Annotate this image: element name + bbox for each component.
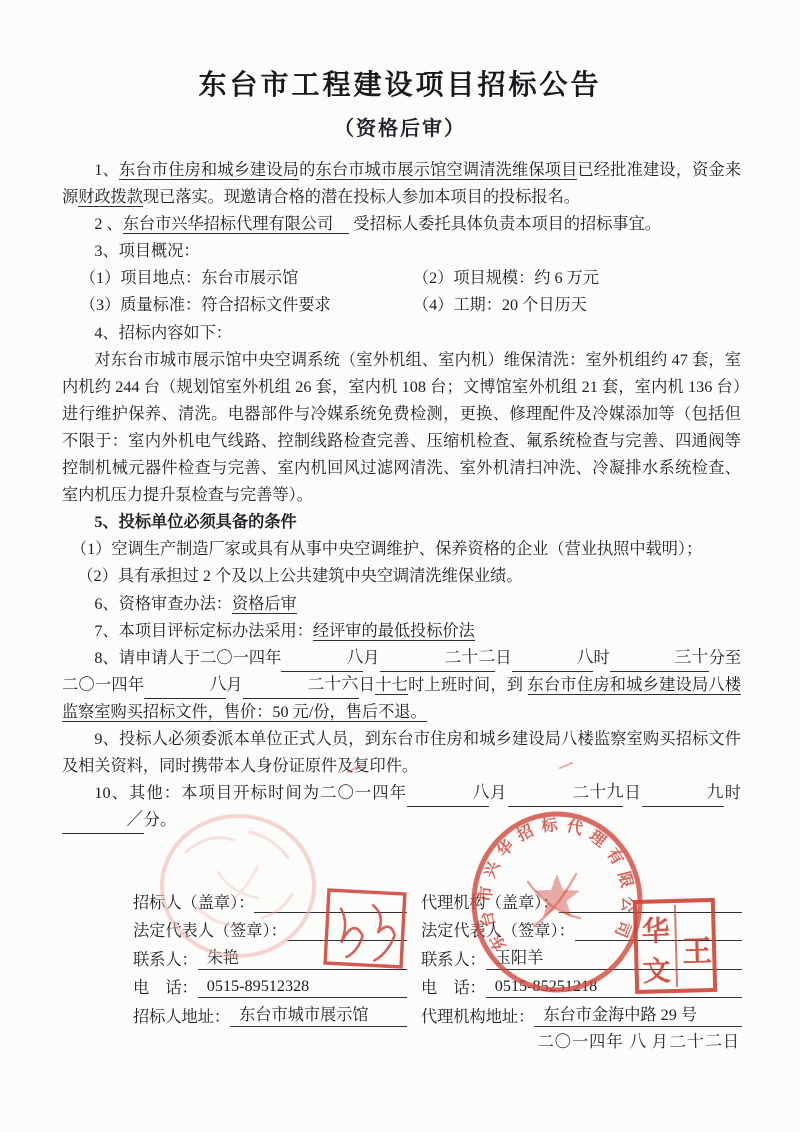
scanned-document: 东台市工程建设项目招标公告 （资格后审） 1、东台市住房和城乡建设局的东台市城市… xyxy=(0,0,800,1132)
text-segment: 月 xyxy=(363,649,379,667)
text-segment: 日 xyxy=(623,784,642,802)
paragraph: （1）项目地点：东台市展示馆（2）项目规模：约 6 万元 xyxy=(62,265,741,292)
signature-row: 招标人地址：东台市城市展示馆 xyxy=(133,998,407,1027)
signature-row: 电 话：0515-89512328 xyxy=(133,970,407,999)
signature-row: 代理机构地址：东台市金海中路 29 号 xyxy=(421,998,742,1027)
fill-in-blank: ／ xyxy=(62,808,144,834)
signature-value xyxy=(559,911,742,913)
signature-label: 电 话： xyxy=(421,974,486,998)
handwritten-text: 二十二 xyxy=(668,1026,723,1053)
handwritten-text: 二十二 xyxy=(411,644,495,672)
signature-label: 法定代表人（签章）： xyxy=(133,917,287,941)
text-segment: 资格后审 xyxy=(232,595,297,614)
signature-label: 代理机构地址： xyxy=(421,1003,534,1027)
text-segment: 二〇一四年 xyxy=(538,1033,629,1051)
handwritten-text: 九 xyxy=(674,780,724,807)
handwritten-text: ／ xyxy=(94,807,144,834)
text-segment: 日 xyxy=(495,649,511,667)
text-segment: 时上班时间，到 xyxy=(408,676,527,694)
signature-row: 法定代表人（签章）： xyxy=(133,913,407,942)
fill-in-blank: 八 xyxy=(512,646,594,672)
signature-value: 玉阳羊 xyxy=(486,944,742,970)
fill-in-blank: 二十二 xyxy=(380,646,496,672)
signature-value xyxy=(287,939,407,941)
fill-in-blank: 二十六 xyxy=(243,673,359,699)
signature-row: 联系人：玉阳羊 xyxy=(421,941,742,970)
text-segment: （3）质量标准：符合招标文件要求 xyxy=(71,292,413,319)
paragraph: 2 、东台市兴华招标代理有限公司 受招标人委托具体负责本项目的招标事宜。 xyxy=(62,211,741,238)
text-segment: 东台市兴华招标代理有限公司 xyxy=(123,215,350,234)
signature-label: 联系人： xyxy=(421,946,486,970)
paragraph: 5、投标单位必须具备的条件 xyxy=(62,509,741,536)
signature-row: 招标人（盖章）： xyxy=(133,884,407,913)
signature-value: 朱艳 xyxy=(198,944,407,970)
paragraph: 10、其他：本项目开标时间为二〇一四年八月二十九日九时／分。 xyxy=(62,780,741,834)
text-segment: 经评审的最低投标价法 xyxy=(313,622,475,641)
text-segment: 9、投标人必须委派本单位正式人员，到东台市住房和城乡建设局八楼监察室购买招标文件… xyxy=(62,730,741,775)
signature-row: 电 话：0515-85251218 xyxy=(421,970,742,999)
signature-col-right: 代理机构（盖章）：法定代表人（签章）：联系人：玉阳羊电 话：0515-85251… xyxy=(421,884,742,1027)
fill-in-blank: 九 xyxy=(642,781,724,807)
text-segment: （4）工期：20 个日历天 xyxy=(413,296,587,314)
paragraph: 7、本项目评标定标办法采用：经评审的最低投标价法 xyxy=(62,618,741,645)
text-segment: （2）项目规模：约 6 万元 xyxy=(413,269,599,287)
paragraph: （1）空调生产制造厂家或具有从事中央空调维护、保养资格的企业（营业执照中载明）； xyxy=(62,536,741,563)
text-segment: 现已落实。现邀请合格的潜在投标人参加本项目的投标报名。 xyxy=(143,188,580,206)
paragraph: 9、投标人必须委派本单位正式人员，到东台市住房和城乡建设局八楼监察室购买招标文件… xyxy=(62,726,741,780)
signature-label: 招标人地址： xyxy=(133,1003,230,1027)
paragraph: 4、招标内容如下： xyxy=(62,320,741,347)
handwritten-text: 八 xyxy=(439,780,489,807)
handwritten-text: 八 xyxy=(176,672,226,699)
text-segment: 东台市住房和城乡建设局 xyxy=(119,161,299,180)
handwritten-text: 三十 xyxy=(642,645,709,672)
signature-label: 代理机构（盖章）： xyxy=(421,889,559,913)
text-segment: 2 、 xyxy=(94,215,122,233)
text-segment: （1）项目地点：东台市展示馆 xyxy=(71,265,413,292)
signature-row: 联系人：朱艳 xyxy=(133,941,407,970)
text-segment: 1、 xyxy=(94,161,119,179)
signature-col-left: 招标人（盖章）：法定代表人（签章）：联系人：朱艳电 话：0515-8951232… xyxy=(133,884,407,1027)
text-segment: 日 xyxy=(723,1033,740,1051)
handwritten-text: 二十六 xyxy=(275,671,359,699)
signature-row: 法定代表人（签章）： xyxy=(421,913,742,942)
handwritten-text: 二十九 xyxy=(539,780,623,808)
document-subtitle: （资格后审） xyxy=(0,115,800,143)
fill-in-blank: 八 xyxy=(281,646,363,672)
paragraph: 3、项目概况： xyxy=(62,238,741,265)
text-segment: 月 xyxy=(226,676,243,694)
text-segment: 时 xyxy=(593,649,609,667)
text-segment: 分。 xyxy=(144,811,176,829)
signature-value: 0515-85251218 xyxy=(486,977,742,998)
signature-label: 电 话： xyxy=(133,974,198,998)
signature-value: 0515-89512328 xyxy=(198,977,407,998)
paragraph: 对东台市城市展示馆中央空调系统（室外机组、室内机）维保清洗：室外机组约 47 套… xyxy=(62,347,741,510)
signature-label: 联系人： xyxy=(133,946,198,970)
text-segment: （1）空调生产制造厂家或具有从事中央空调维护、保养资格的企业（营业执照中载明）； xyxy=(71,540,702,558)
signature-label: 法定代表人（签章）： xyxy=(421,917,575,941)
handwritten-text: 八 xyxy=(628,1027,647,1053)
text-segment: 十七 xyxy=(375,676,408,695)
paragraph: （3）质量标准：符合招标文件要求（4）工期：20 个日历天 xyxy=(62,292,741,319)
text-segment: 东台市城市展示馆空调清洗维保项目 xyxy=(316,161,578,180)
text-segment: 5、投标单位必须具备的条件 xyxy=(94,513,296,531)
fill-in-blank: 八 xyxy=(144,673,226,699)
text-segment: 财政拨款 xyxy=(78,188,143,207)
text-segment: 对东台市城市展示馆中央空调系统（室外机组、室内机）维保清洗：室外机组约 47 套… xyxy=(62,351,741,504)
text-segment: 7、本项目评标定标办法采用： xyxy=(94,622,313,640)
signature-label: 招标人（盖章）： xyxy=(133,889,254,913)
signature-row: 代理机构（盖章）： xyxy=(421,884,742,913)
document-body: 1、东台市住房和城乡建设局的东台市城市展示馆空调清洗维保项目已经批准建设，资金来… xyxy=(62,157,741,834)
document-title: 东台市工程建设项目招标公告 xyxy=(0,68,800,104)
text-segment: 月 xyxy=(489,784,508,802)
text-segment: 时 xyxy=(724,784,741,802)
signature-value xyxy=(254,911,407,913)
signature-value: 东台市城市展示馆 xyxy=(230,1001,407,1027)
paragraph: 8、请申请人于二〇一四年八月二十二日八时三十分至二〇一四年八月二十六日十七时上班… xyxy=(62,645,741,726)
text-segment: 10、其他：本项目开标时间为二〇一四年 xyxy=(94,784,407,802)
text-segment: 受招标人委托具体负责本项目的招标事宜。 xyxy=(349,215,661,233)
fill-in-blank: 三十 xyxy=(610,646,709,672)
text-segment: 的 xyxy=(299,161,315,179)
signature-value: 东台市金海中路 29 号 xyxy=(534,1001,742,1027)
text-segment: 8、请申请人于二〇一四年 xyxy=(94,649,281,667)
handwritten-text: 八 xyxy=(313,645,363,672)
fill-in-blank: 二十九 xyxy=(508,781,624,807)
signature-area: 招标人（盖章）：法定代表人（签章）：联系人：朱艳电 话：0515-8951232… xyxy=(133,884,742,1027)
text-segment: 3、项目概况： xyxy=(94,242,199,260)
text-segment: 6、资格审查办法： xyxy=(94,595,232,613)
signature-value xyxy=(575,939,742,941)
paragraph: 1、东台市住房和城乡建设局的东台市城市展示馆空调清洗维保项目已经批准建设，资金来… xyxy=(62,157,741,211)
text-segment: 日 xyxy=(359,676,376,694)
text-segment: 月 xyxy=(647,1033,669,1051)
date-line: 二〇一四年 八 月二十二日 xyxy=(538,1027,740,1052)
paragraph: （2）具有承担过 2 个及以上公共建筑中央空调清洗维保业绩。 xyxy=(62,563,741,590)
text-segment: （2）具有承担过 2 个及以上公共建筑中央空调清洗维保业绩。 xyxy=(77,567,522,585)
text-segment: 4、招标内容如下： xyxy=(94,324,232,342)
fill-in-blank: 八 xyxy=(407,781,489,807)
paragraph: 6、资格审查办法：资格后审 xyxy=(62,591,741,618)
handwritten-text: 八 xyxy=(544,645,594,672)
